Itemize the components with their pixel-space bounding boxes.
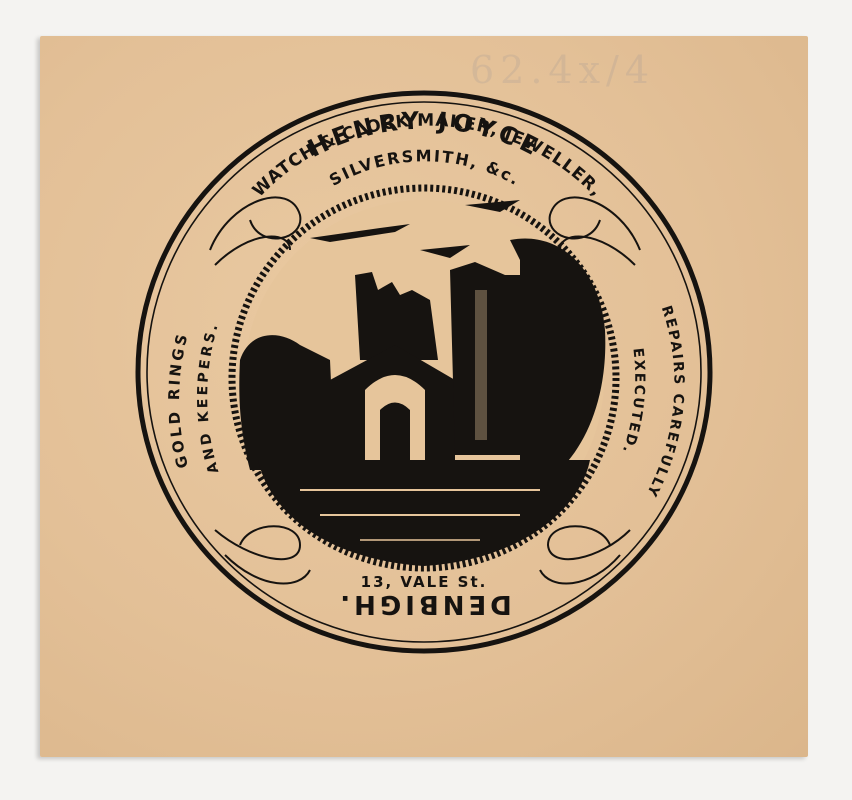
seal-left-inner: AND KEEPERS. bbox=[195, 320, 222, 476]
seal-address: 13, VALE St. bbox=[361, 573, 488, 591]
seal-town: DENBIGH. bbox=[336, 589, 512, 619]
seal-trade-line-2: SILVERSMITH, &c. bbox=[326, 146, 524, 189]
seal-right-inner: EXECUTED. bbox=[618, 347, 647, 456]
seal-right-outer: REPAIRS CAREFULLY bbox=[642, 304, 686, 500]
trade-seal: HENRY JOYCE WATCH & CLOCK MAKER, JEWELLE… bbox=[0, 0, 852, 800]
castle-vignette bbox=[239, 200, 605, 566]
seal-left-outer: GOLD RINGS bbox=[165, 330, 192, 470]
